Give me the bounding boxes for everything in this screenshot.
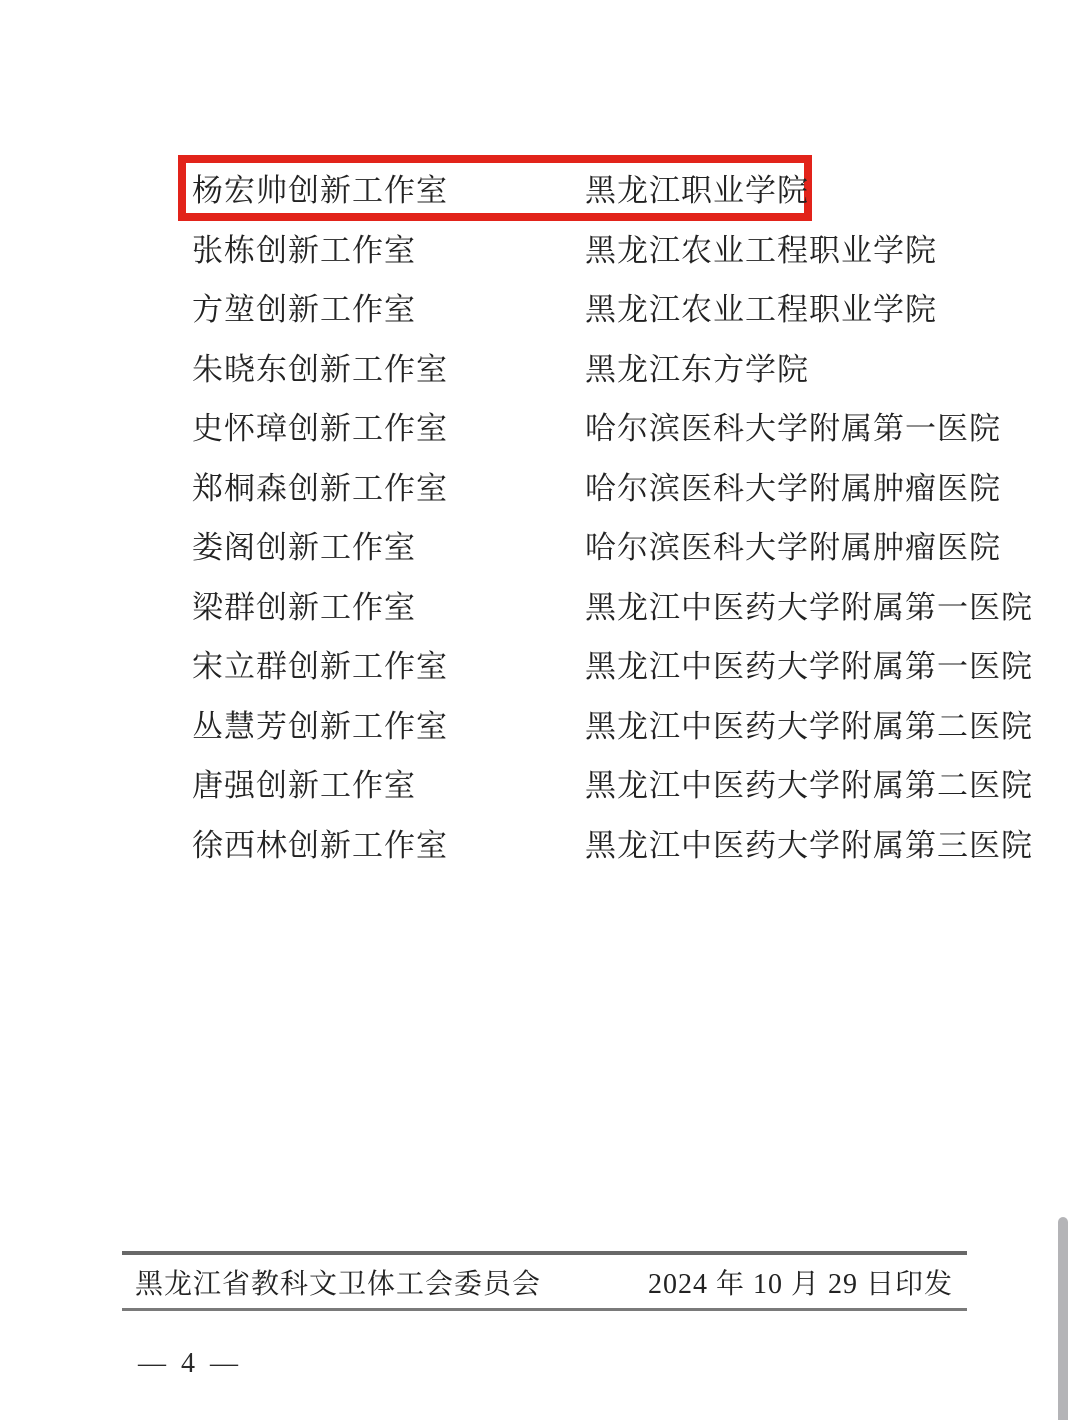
table-row: 丛慧芳创新工作室 黑龙江中医药大学附属第二医院: [0, 694, 1080, 754]
workshop-name: 徐西林创新工作室: [192, 820, 585, 865]
workshop-name: 朱晓东创新工作室: [192, 344, 585, 389]
footer-date: 2024 年 10 月 29 日印发: [648, 1262, 953, 1302]
table-row: 唐强创新工作室 黑龙江中医药大学附属第二医院: [0, 753, 1080, 813]
table-row: 梁群创新工作室 黑龙江中医药大学附属第一医院: [0, 575, 1080, 635]
workshop-name: 张栋创新工作室: [192, 225, 585, 270]
table-row: 宋立群创新工作室 黑龙江中医药大学附属第一医院: [0, 634, 1080, 694]
document-page: 杨宏帅创新工作室 黑龙江职业学院 张栋创新工作室 黑龙江农业工程职业学院 方堃创…: [0, 0, 1080, 1420]
institution-name: 黑龙江中医药大学附属第二医院: [585, 701, 1033, 746]
table-row: 徐西林创新工作室 黑龙江中医药大学附属第三医院: [0, 813, 1080, 873]
institution-name: 黑龙江中医药大学附属第二医院: [585, 760, 1033, 805]
workshop-list: 杨宏帅创新工作室 黑龙江职业学院 张栋创新工作室 黑龙江农业工程职业学院 方堃创…: [0, 158, 1080, 872]
institution-name: 哈尔滨医科大学附属肿瘤医院: [585, 522, 1001, 567]
institution-name: 哈尔滨医科大学附属第一医院: [585, 403, 1001, 448]
footer: 黑龙江省教科文卫体工会委员会 2024 年 10 月 29 日印发: [122, 1255, 967, 1308]
table-row: 杨宏帅创新工作室 黑龙江职业学院: [0, 158, 1080, 218]
table-row: 朱晓东创新工作室 黑龙江东方学院: [0, 337, 1080, 397]
footer-rule-bottom: [122, 1308, 967, 1311]
footer-issuer: 黑龙江省教科文卫体工会委员会: [135, 1262, 541, 1302]
workshop-name: 梁群创新工作室: [192, 582, 585, 627]
workshop-name: 丛慧芳创新工作室: [192, 701, 585, 746]
workshop-name: 宋立群创新工作室: [192, 641, 585, 686]
institution-name: 黑龙江东方学院: [585, 344, 809, 389]
institution-name: 黑龙江农业工程职业学院: [585, 225, 937, 270]
institution-name: 黑龙江中医药大学附属第一医院: [585, 582, 1033, 627]
workshop-name: 史怀璋创新工作室: [192, 403, 585, 448]
workshop-name: 杨宏帅创新工作室: [192, 165, 585, 210]
institution-name: 黑龙江农业工程职业学院: [585, 284, 937, 329]
institution-name: 黑龙江职业学院: [585, 165, 809, 210]
workshop-name: 唐强创新工作室: [192, 760, 585, 805]
workshop-name: 娄阁创新工作室: [192, 522, 585, 567]
table-row: 郑桐森创新工作室 哈尔滨医科大学附属肿瘤医院: [0, 456, 1080, 516]
workshop-name: 方堃创新工作室: [192, 284, 585, 329]
institution-name: 黑龙江中医药大学附属第一医院: [585, 641, 1033, 686]
institution-name: 黑龙江中医药大学附属第三医院: [585, 820, 1033, 865]
table-row: 方堃创新工作室 黑龙江农业工程职业学院: [0, 277, 1080, 337]
page-number: — 4 —: [138, 1348, 242, 1380]
workshop-name: 郑桐森创新工作室: [192, 463, 585, 508]
scrollbar-thumb[interactable]: [1058, 1217, 1068, 1420]
table-row: 史怀璋创新工作室 哈尔滨医科大学附属第一医院: [0, 396, 1080, 456]
table-row: 张栋创新工作室 黑龙江农业工程职业学院: [0, 218, 1080, 278]
institution-name: 哈尔滨医科大学附属肿瘤医院: [585, 463, 1001, 508]
table-row: 娄阁创新工作室 哈尔滨医科大学附属肿瘤医院: [0, 515, 1080, 575]
